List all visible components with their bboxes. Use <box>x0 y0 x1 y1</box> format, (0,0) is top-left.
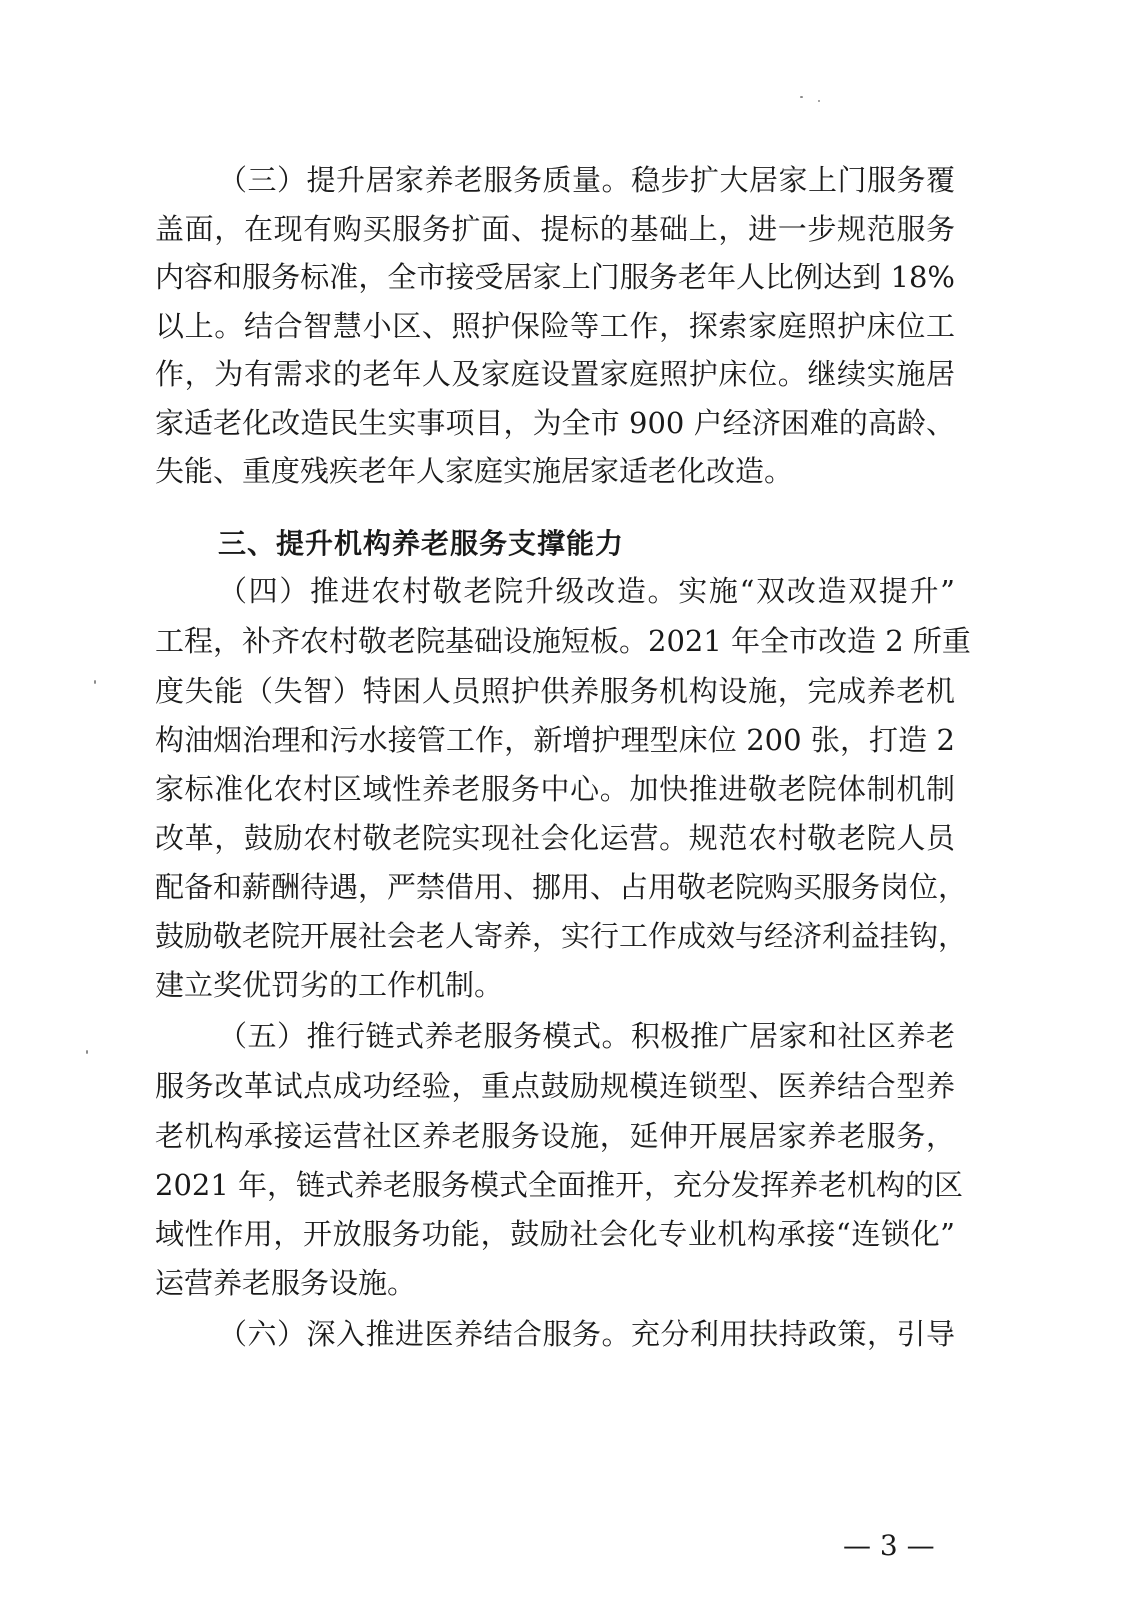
section-heading: 三、提升机构养老服务支撑能力 <box>218 526 624 562</box>
paragraph-4-line-2: 工程，补齐农村敬老院基础设施短板。2021 年全市改造 2 所重 <box>155 623 955 659</box>
paragraph-3-line-2: 盖面，在现有购买服务扩面、提标的基础上，进一步规范服务 <box>155 211 955 247</box>
paragraph-5-line-2: 服务改革试点成功经验，重点鼓励规模连锁型、医养结合型养 <box>155 1068 955 1104</box>
paragraph-5-line-4: 2021 年，链式养老服务模式全面推开，充分发挥养老机构的区 <box>155 1167 955 1203</box>
scan-speck <box>818 100 820 102</box>
scan-speck <box>638 592 640 594</box>
paragraph-4-line-1: （四）推进农村敬老院升级改造。实施“双改造双提升” <box>218 573 955 609</box>
paragraph-5-line-3: 老机构承接运营社区养老服务设施，延伸开展居家养老服务， <box>155 1118 955 1154</box>
paragraph-3-line-7: 失能、重度残疾老年人家庭实施居家适老化改造。 <box>155 453 955 489</box>
scan-speck <box>86 1050 88 1054</box>
paragraph-5-line-5: 域性作用，开放服务功能，鼓励社会化专业机构承接“连锁化” <box>155 1216 955 1252</box>
page-number: — 3 — <box>843 1530 935 1562</box>
paragraph-3-line-5: 作，为有需求的老年人及家庭设置家庭照护床位。继续实施居 <box>155 356 955 392</box>
paragraph-4-line-9: 建立奖优罚劣的工作机制。 <box>155 967 955 1003</box>
paragraph-4-line-3: 度失能（失智）特困人员照护供养服务机构设施，完成养老机 <box>155 673 955 709</box>
paragraph-3-line-3: 内容和服务标准，全市接受居家上门服务老年人比例达到 18% <box>155 259 955 295</box>
paragraph-4-line-6: 改革，鼓励农村敬老院实现社会化运营。规范农村敬老院人员 <box>155 820 955 856</box>
scan-speck <box>775 1330 777 1332</box>
paragraph-4-line-5: 家标准化农村区域性养老服务中心。加快推进敬老院体制机制 <box>155 771 955 807</box>
paragraph-4-line-4: 构油烟治理和污水接管工作，新增护理型床位 200 张，打造 2 <box>155 722 955 758</box>
paragraph-3-line-6: 家适老化改造民生实事项目，为全市 900 户经济困难的高龄、 <box>155 405 955 441</box>
paragraph-4-line-7: 配备和薪酬待遇，严禁借用、挪用、占用敬老院购买服务岗位， <box>155 869 955 905</box>
document-page: （三）提升居家养老服务质量。稳步扩大居家上门服务覆 盖面，在现有购买服务扩面、提… <box>0 0 1131 1600</box>
paragraph-3-line-1: （三）提升居家养老服务质量。稳步扩大居家上门服务覆 <box>218 162 955 198</box>
scan-speck <box>800 96 803 98</box>
paragraph-6-line-1: （六）深入推进医养结合服务。充分利用扶持政策，引导 <box>218 1316 955 1352</box>
paragraph-4-line-8: 鼓励敬老院开展社会老人寄养，实行工作成效与经济利益挂钩， <box>155 918 955 954</box>
paragraph-5-line-6: 运营养老服务设施。 <box>155 1265 955 1301</box>
paragraph-3-line-4: 以上。结合智慧小区、照护保险等工作，探索家庭照护床位工 <box>155 308 955 344</box>
paragraph-5-line-1: （五）推行链式养老服务模式。积极推广居家和社区养老 <box>218 1018 955 1054</box>
scan-speck <box>94 680 96 684</box>
